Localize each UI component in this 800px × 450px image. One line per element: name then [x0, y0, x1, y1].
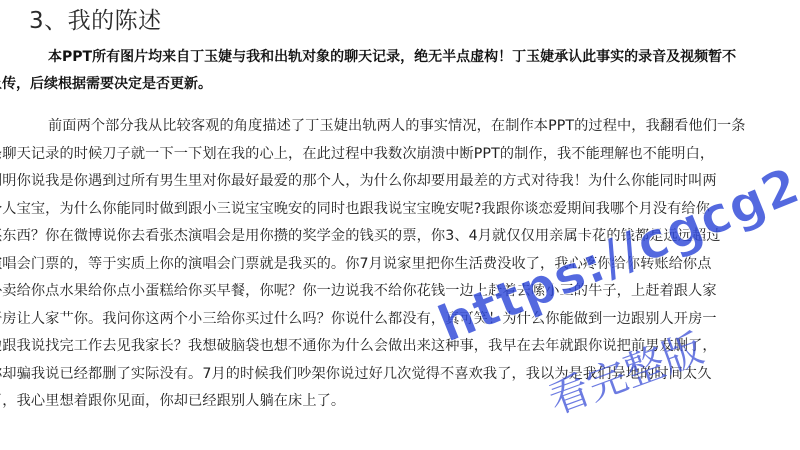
statement-line: 条聊天记录的时候刀子就一下一下划在我的心上，在此过程中我数次崩溃中断PPT的制作…: [0, 141, 786, 169]
statement-line: 买东西？你在微博说你去看张杰演唱会是用你攒的奖学金的钱买的票，你3、4月就仅仅用…: [0, 223, 786, 251]
statement-line: 开房让人家艹你。我问你这两个小三给你买过什么吗？你说什么都没有，真可笑！为什么你…: [0, 306, 786, 334]
statement-line: 演唱会门票的，等于实质上你的演唱会门票就是我买的。你7月说家里把你生活费没收了，…: [0, 251, 786, 279]
statement-line: 边跟我说找完工作去见我家长？我想破脑袋也想不通你为什么会做出来这种事，我早在去年…: [0, 333, 786, 361]
statement-line: 明明你说我是你遇到过所有男生里对你最好最爱的那个人，为什么你却要用最差的方式对待…: [0, 168, 786, 196]
statement-line: 了，我心里想着跟你见面，你却已经跟别人躺在床上了。: [0, 388, 786, 416]
statement-paragraph: 前面两个部分我从比较客观的角度描述了丁玉婕出轨两人的事实情况，在制作本PPT的过…: [18, 113, 786, 416]
section-title: 3、我的陈述: [29, 6, 162, 36]
disclaimer-notice: 本PPT所有图片均来自丁玉婕与我和出轨对象的聊天记录，绝无半点虚构！丁玉婕承认此…: [18, 44, 786, 98]
statement-line: 前面两个部分我从比较客观的角度描述了丁玉婕出轨两人的事实情况，在制作本PPT的过…: [48, 113, 786, 141]
statement-line: 你却骗我说已经都删了实际没有。7月的时候我们吵架你说过好几次觉得不喜欢我了，我以…: [0, 361, 786, 389]
document-page: 3、我的陈述 本PPT所有图片均来自丁玉婕与我和出轨对象的聊天记录，绝无半点虚构…: [0, 0, 800, 450]
notice-line: 本PPT所有图片均来自丁玉婕与我和出轨对象的聊天记录，绝无半点虚构！丁玉婕承认此…: [48, 44, 786, 71]
notice-line: 上传，后续根据需要决定是否更新。: [0, 71, 786, 98]
statement-line: 外卖给你点水果给你点小蛋糕给你买早餐，你呢？你一边说我不给你花钱一边上赶着去嗦小…: [0, 278, 786, 306]
statement-line: 个人宝宝，为什么你能同时做到跟小三说宝宝晚安的同时也跟我说宝宝晚安呢?我跟你谈恋…: [0, 196, 786, 224]
